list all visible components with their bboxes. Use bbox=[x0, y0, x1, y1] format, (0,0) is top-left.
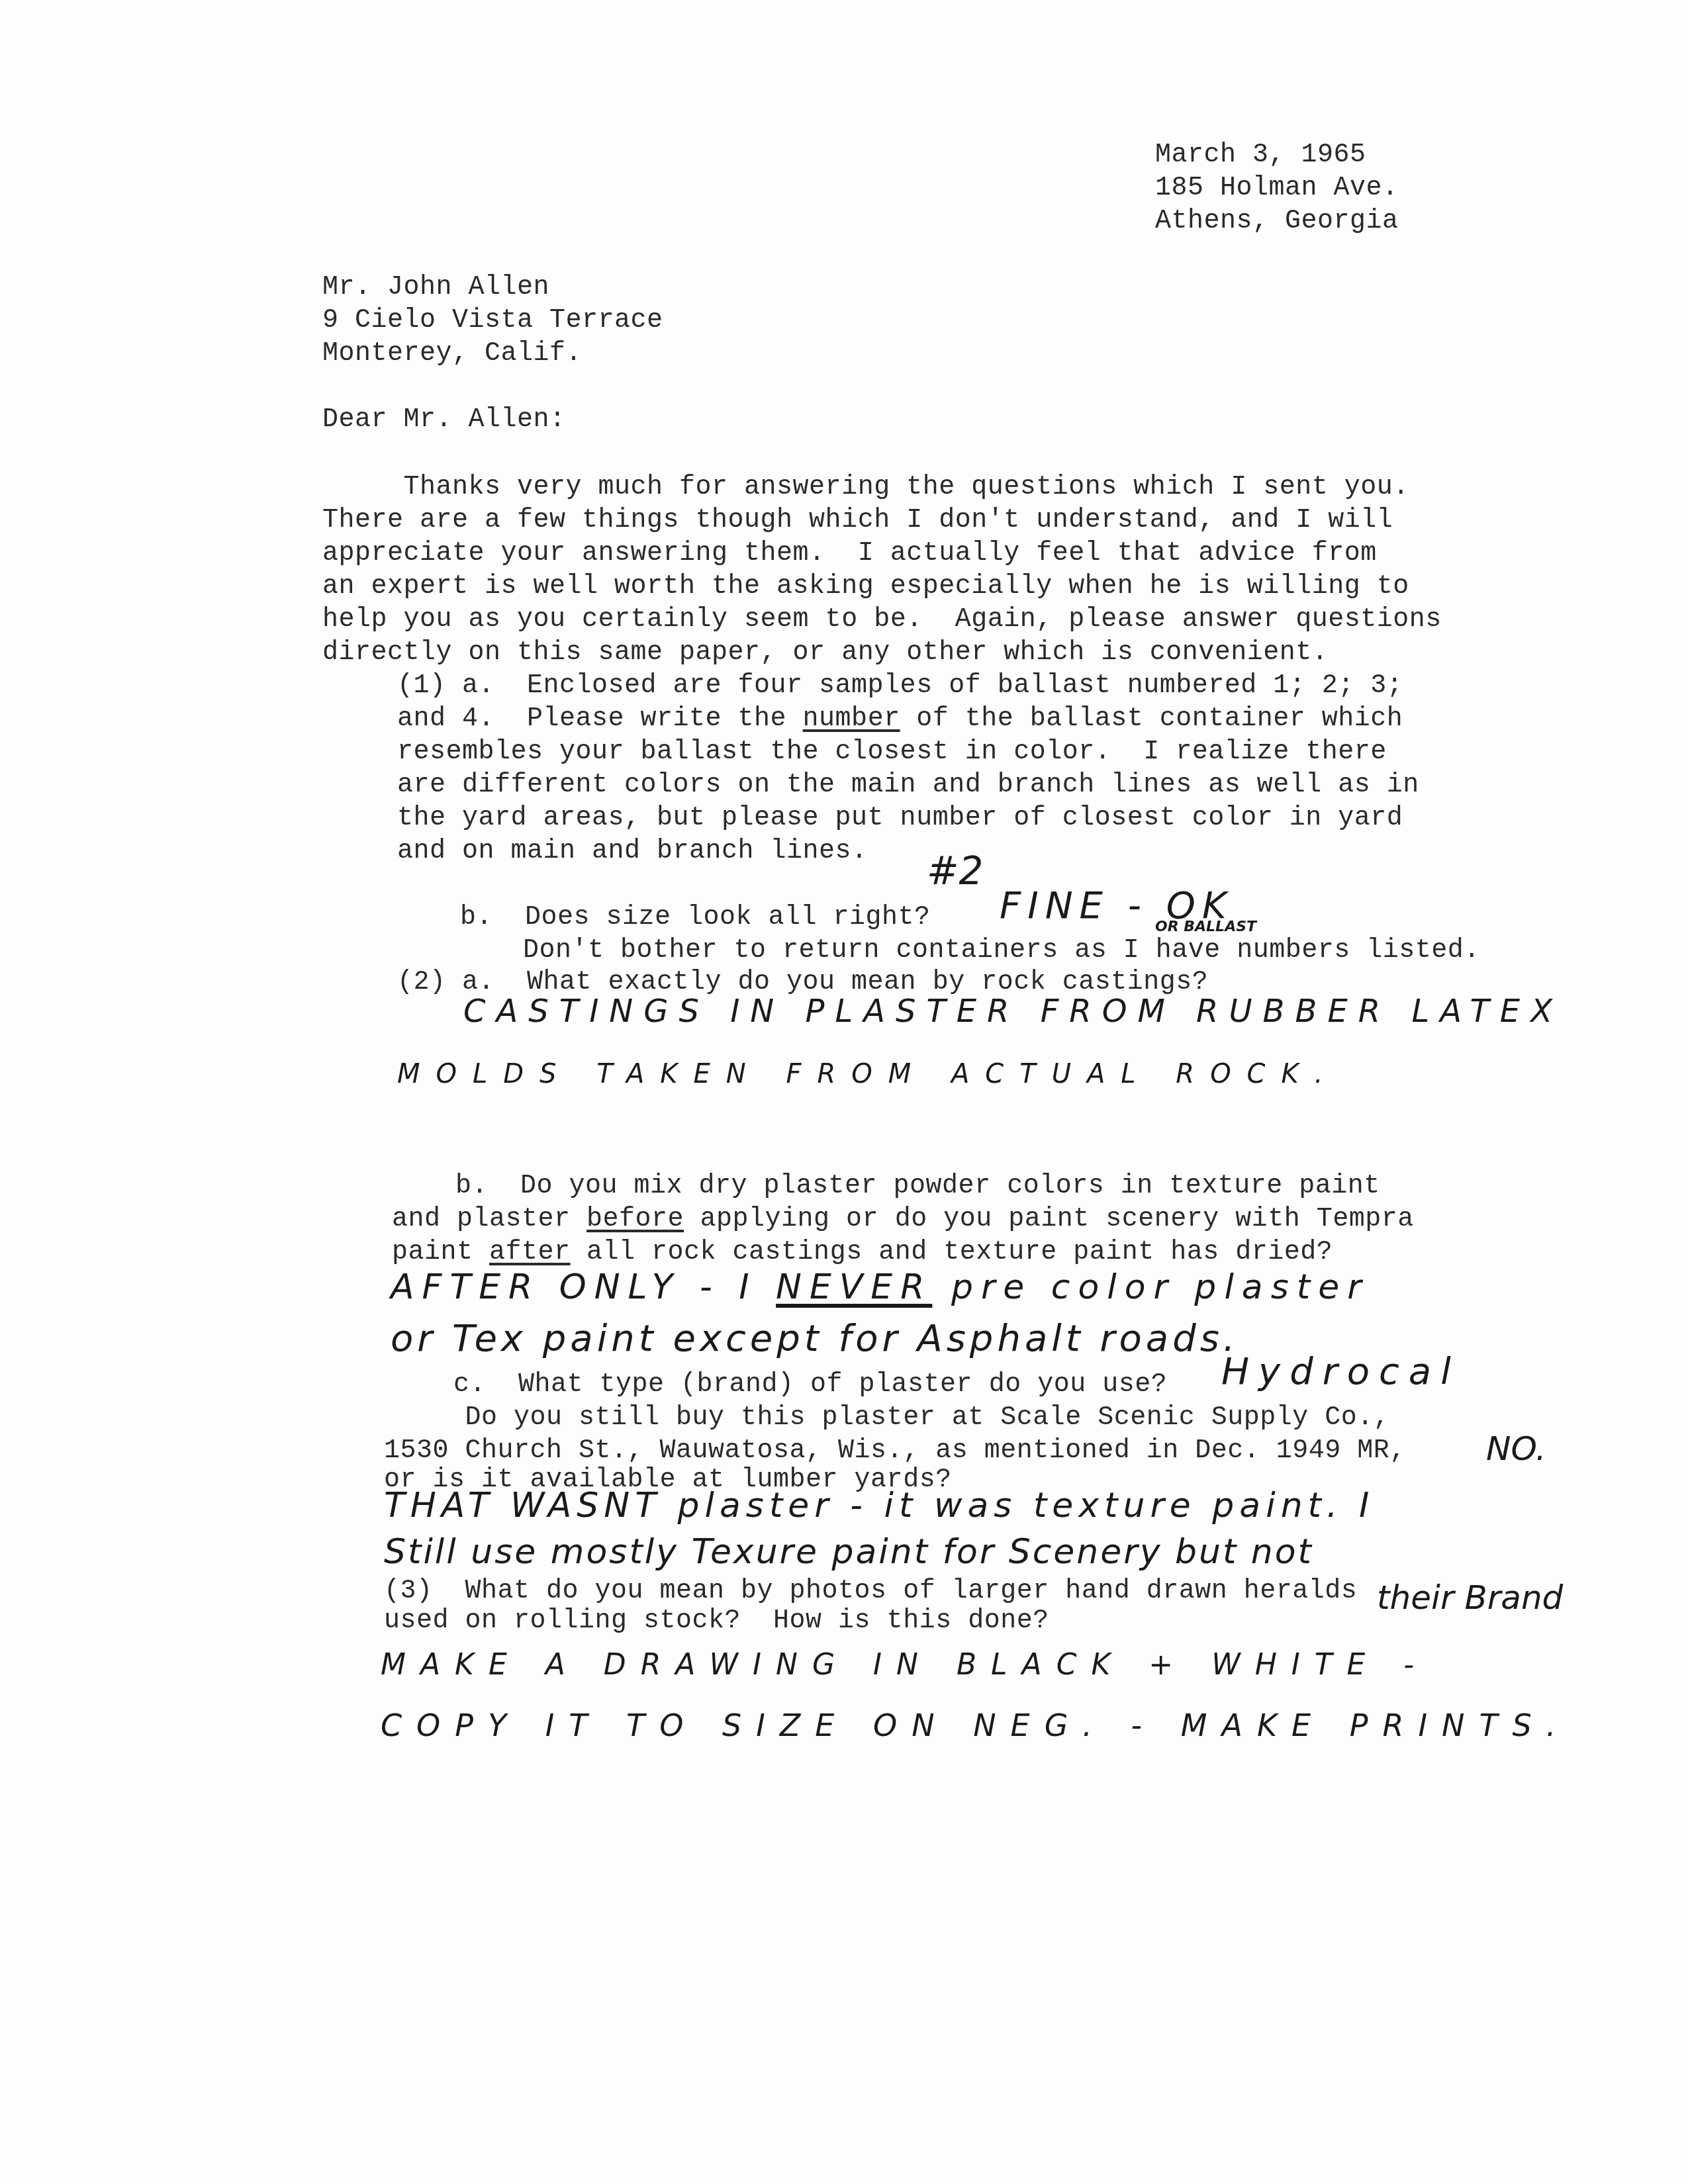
q1a-line: the yard areas, but please put number of… bbox=[397, 802, 1403, 835]
q1b-note: Don't bother to return containers as I h… bbox=[523, 934, 1480, 968]
q1a-line2-post: of the ballast container which bbox=[900, 704, 1403, 734]
intro-line: help you as you certainly seem to be. Ag… bbox=[322, 604, 1442, 637]
q2a-handwritten-answer-line-2: MOLDS TAKEN FROM ACTUAL ROCK. bbox=[397, 1059, 1338, 1089]
q2b-line2-post: applying or do you paint scenery with Te… bbox=[684, 1205, 1414, 1234]
q1a-line: and 4. Please write the number of the ba… bbox=[397, 703, 1403, 736]
q2a-handwritten-answer-line-1: CASTINGS IN PLASTER FROM RUBBER LATEX bbox=[463, 993, 1563, 1030]
intro-line: directly on this same paper, or any othe… bbox=[322, 637, 1328, 670]
q2b-underlined-before: before bbox=[586, 1205, 684, 1234]
sender-address-line-1: 185 Holman Ave. bbox=[1155, 172, 1399, 205]
q1a-line: (1) a. Enclosed are four samples of ball… bbox=[397, 670, 1403, 703]
q2c-followup-line: 1530 Church St., Wauwatosa, Wis., as men… bbox=[384, 1435, 1406, 1468]
q2b-handwritten-answer-line-1: AFTER ONLY - I NEVER pre color plaster bbox=[391, 1267, 1370, 1307]
q2c-handwritten-note-line-3: their Brand bbox=[1377, 1578, 1563, 1617]
salutation: Dear Mr. Allen: bbox=[322, 404, 566, 437]
sender-address-line-2: Athens, Georgia bbox=[1155, 205, 1399, 238]
q1a-handwritten-answer: #2 bbox=[927, 848, 984, 893]
q2c-question: c. What type (brand) of plaster do you u… bbox=[453, 1369, 1167, 1402]
q1a-line: and on main and branch lines. bbox=[397, 835, 868, 868]
q1a-underlined-word: number bbox=[803, 704, 900, 734]
q2b-line3-post: all rock castings and texture paint has … bbox=[571, 1238, 1333, 1267]
q3-line: used on rolling stock? How is this done? bbox=[384, 1605, 1049, 1638]
q2c-followup-line: Do you still buy this plaster at Scale S… bbox=[384, 1402, 1389, 1435]
q1a-line: resembles your ballast the closest in co… bbox=[397, 736, 1387, 769]
recipient-city: Monterey, Calif. bbox=[322, 338, 582, 371]
intro-line: Thanks very much for answering the quest… bbox=[322, 471, 1409, 504]
q2c-followup-answer: NO. bbox=[1486, 1430, 1546, 1468]
q3-handwritten-answer-line-2: COPY IT TO SIZE ON NEG. - MAKE PRINTS. bbox=[381, 1707, 1570, 1743]
recipient-street: 9 Cielo Vista Terrace bbox=[322, 304, 663, 338]
letter-date: March 3, 1965 bbox=[1155, 139, 1366, 172]
q2b-answer-post: pre color plaster bbox=[932, 1267, 1369, 1307]
q2b-answer-underlined: NEVER bbox=[776, 1267, 932, 1307]
q2b-line: and plaster before applying or do you pa… bbox=[392, 1203, 1414, 1236]
q1a-line: are different colors on the main and bra… bbox=[397, 769, 1419, 802]
q2b-line: b. Do you mix dry plaster powder colors … bbox=[455, 1170, 1380, 1203]
intro-line: appreciate your answering them. I actual… bbox=[322, 537, 1377, 570]
recipient-name: Mr. John Allen bbox=[322, 271, 549, 304]
q1b-question: b. Does size look all right? bbox=[460, 901, 931, 934]
q2b-line3-pre: paint bbox=[392, 1238, 489, 1267]
q1a-line2-pre: and 4. Please write the bbox=[397, 704, 803, 734]
q2b-underlined-after: after bbox=[489, 1238, 571, 1267]
q3-handwritten-answer-line-1: MAKE A DRAWING IN BLACK + WHITE - bbox=[381, 1648, 1429, 1682]
q2b-line2-pre: and plaster bbox=[392, 1205, 586, 1234]
intro-line: an expert is well worth the asking espec… bbox=[322, 570, 1409, 604]
q2c-handwritten-answer: Hydrocal bbox=[1221, 1350, 1460, 1393]
q2c-handwritten-note-line-1: THAT WASNT plaster - it was texture pain… bbox=[384, 1486, 1374, 1525]
q2b-line: paint after all rock castings and textur… bbox=[392, 1236, 1333, 1269]
q3-line: (3) What do you mean by photos of larger… bbox=[384, 1575, 1357, 1608]
q2c-handwritten-note-line-2: Still use mostly Texure paint for Scener… bbox=[384, 1532, 1313, 1572]
q2b-handwritten-answer-line-2: or Tex paint except for Asphalt roads. bbox=[391, 1317, 1239, 1360]
letter-page: March 3, 1965 185 Holman Ave. Athens, Ge… bbox=[0, 0, 1688, 2184]
q2b-answer-pre: AFTER ONLY - I bbox=[391, 1267, 776, 1307]
intro-line: There are a few things though which I do… bbox=[322, 504, 1393, 537]
q1b-handwritten-insertion: OR BALLAST bbox=[1155, 919, 1256, 935]
